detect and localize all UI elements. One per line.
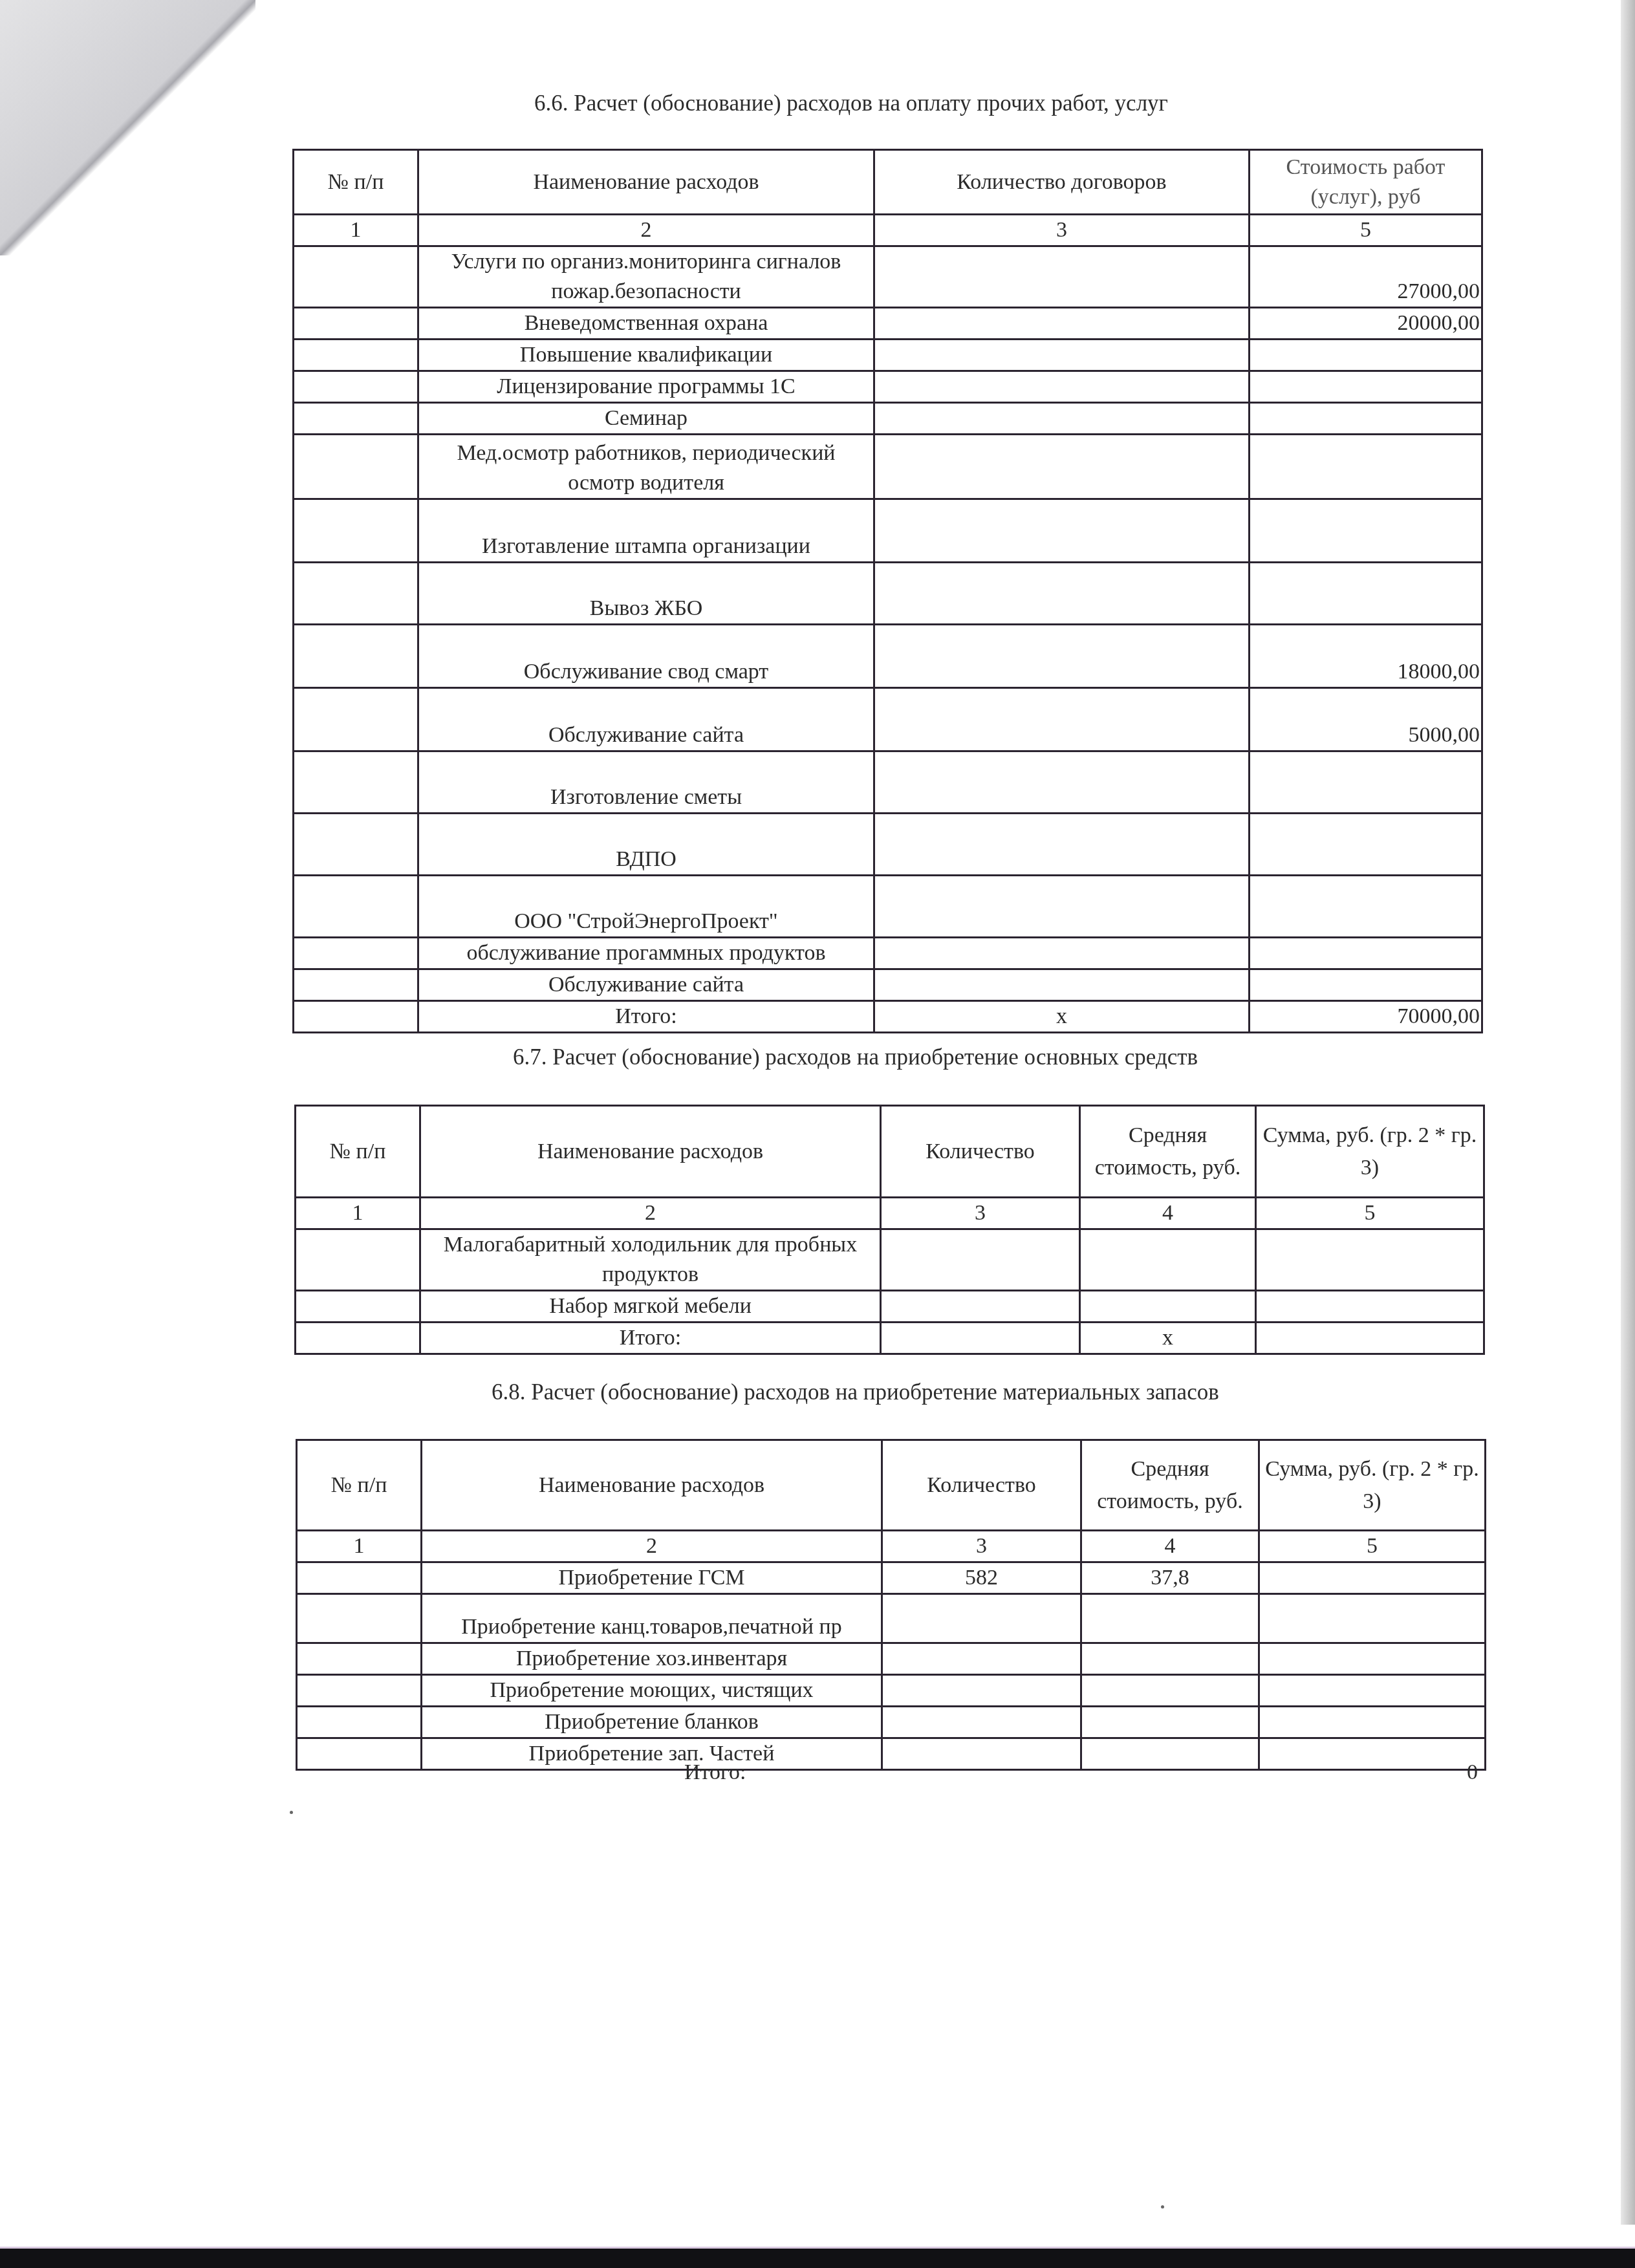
scan-right-edge (1621, 0, 1635, 2225)
row-sum (1256, 1229, 1484, 1291)
table-row: Обслуживание сайта (294, 969, 1482, 1001)
row-avg-cost: 37,8 (1081, 1562, 1259, 1594)
col-num-5: 5 (1259, 1531, 1486, 1562)
table-row: Приобретение канц.товаров,печатной пр (297, 1594, 1486, 1643)
col-num-3: 3 (874, 215, 1250, 246)
section-6-6-title: 6.6. Расчет (обоснование) расходов на оп… (534, 91, 1168, 116)
row-quantity (882, 1738, 1081, 1770)
row-cost: 18000,00 (1250, 625, 1482, 688)
col-header-avg-cost: Средняя стоимость, руб. (1081, 1440, 1259, 1531)
row-avg-cost (1081, 1707, 1259, 1738)
table-row: Вывоз ЖБО (294, 563, 1482, 625)
row-expense-name: Набор мягкой мебели (420, 1291, 881, 1323)
col-header-name: Наименование расходов (420, 1106, 881, 1198)
row-expense-name: Лицензирование программы 1С (418, 371, 874, 403)
total-label: Итого: (418, 1001, 874, 1033)
scan-speck (290, 1811, 293, 1814)
table-header-row: № п/п Наименование расходов Количество С… (297, 1440, 1486, 1531)
total-number-cell (296, 1323, 420, 1354)
row-expense-name: Обслуживание свод смарт (418, 625, 874, 688)
table-header-row: № п/п Наименование расходов Количество д… (294, 150, 1482, 215)
row-expense-name: Повышение квалификации (418, 340, 874, 371)
row-expense-name: Изготавление штампа организации (418, 499, 874, 563)
table-row: Услуги по организ.мониторинга сигналов п… (294, 246, 1482, 308)
col-header-quantity: Количество (882, 1440, 1081, 1531)
table-row: ООО "СтройЭнергоПроект" (294, 876, 1482, 938)
row-contracts (874, 340, 1250, 371)
row-number (294, 688, 418, 751)
row-number (297, 1738, 422, 1770)
row-sum (1259, 1562, 1486, 1594)
col-header-avg-cost: Средняя стоимость, руб. (1080, 1106, 1256, 1198)
row-cost (1250, 876, 1482, 938)
row-avg-cost (1081, 1643, 1259, 1675)
row-cost (1250, 969, 1482, 1001)
row-number (294, 435, 418, 499)
row-expense-name: Приобретение канц.товаров,печатной пр (422, 1594, 882, 1643)
row-contracts (874, 751, 1250, 814)
table-row: Приобретение моющих, чистящих (297, 1675, 1486, 1707)
table-6-6-other-services: № п/п Наименование расходов Количество д… (292, 149, 1483, 1033)
column-number-row: 1 2 3 5 (294, 215, 1482, 246)
row-quantity: 582 (882, 1562, 1081, 1594)
row-contracts (874, 969, 1250, 1001)
table-row: Обслуживание свод смарт18000,00 (294, 625, 1482, 688)
row-expense-name: Приобретение хоз.инвентаря (422, 1643, 882, 1675)
col-num-3: 3 (882, 1531, 1081, 1562)
col-header-sum: Сумма, руб. (гр. 2 * гр. 3) (1259, 1440, 1486, 1531)
row-number (294, 371, 418, 403)
row-sum (1259, 1738, 1486, 1770)
row-number (294, 403, 418, 435)
row-contracts (874, 814, 1250, 876)
total-sum (1256, 1323, 1484, 1354)
column-number-row: 1 2 3 4 5 (296, 1198, 1484, 1229)
row-cost (1250, 938, 1482, 969)
row-contracts (874, 371, 1250, 403)
folded-page-corner (0, 0, 255, 255)
col-num-5: 5 (1250, 215, 1482, 246)
col-header-name: Наименование расходов (422, 1440, 882, 1531)
table-row: Приобретение зап. Частей (297, 1738, 1486, 1770)
section-6-7-title: 6.7. Расчет (обоснование) расходов на пр… (513, 1044, 1198, 1070)
row-number (296, 1229, 420, 1291)
row-avg-cost (1081, 1594, 1259, 1643)
table-6-8-material-stocks: № п/п Наименование расходов Количество С… (296, 1439, 1486, 1771)
row-number (294, 246, 418, 308)
row-number (294, 751, 418, 814)
table-total-row: Итого: х 70000,00 (294, 1001, 1482, 1033)
row-cost (1250, 563, 1482, 625)
table-row: Семинар (294, 403, 1482, 435)
row-contracts (874, 625, 1250, 688)
table-row: Приобретение бланков (297, 1707, 1486, 1738)
row-contracts (874, 435, 1250, 499)
row-avg-cost (1080, 1291, 1256, 1323)
col-num-1: 1 (296, 1198, 420, 1229)
scan-speck (1161, 2205, 1164, 2209)
row-cost: 27000,00 (1250, 246, 1482, 308)
total-avg-cost: х (1080, 1323, 1256, 1354)
col-num-3: 3 (881, 1198, 1080, 1229)
row-contracts (874, 688, 1250, 751)
table-row: Набор мягкой мебели (296, 1291, 1484, 1323)
row-expense-name: Приобретение бланков (422, 1707, 882, 1738)
row-contracts (874, 499, 1250, 563)
table-total-row: Итого: х (296, 1323, 1484, 1354)
row-sum (1259, 1594, 1486, 1643)
row-sum (1259, 1643, 1486, 1675)
col-header-cost: Стоимость работ (услуг), руб (1250, 150, 1482, 215)
row-quantity (882, 1707, 1081, 1738)
row-number (297, 1594, 422, 1643)
row-expense-name: Изготовление сметы (418, 751, 874, 814)
row-quantity (881, 1229, 1080, 1291)
row-number (297, 1643, 422, 1675)
row-avg-cost (1081, 1675, 1259, 1707)
row-quantity (881, 1291, 1080, 1323)
row-expense-name: Обслуживание сайта (418, 688, 874, 751)
row-quantity (882, 1594, 1081, 1643)
row-number (294, 625, 418, 688)
row-sum (1259, 1707, 1486, 1738)
col-header-number: № п/п (297, 1440, 422, 1531)
row-avg-cost (1080, 1229, 1256, 1291)
col-num-2: 2 (420, 1198, 881, 1229)
row-expense-name: ООО "СтройЭнергоПроект" (418, 876, 874, 938)
col-num-5: 5 (1256, 1198, 1484, 1229)
table-row: Приобретение хоз.инвентаря (297, 1643, 1486, 1675)
row-number (294, 814, 418, 876)
col-header-number: № п/п (294, 150, 418, 215)
row-expense-name: Обслуживание сайта (418, 969, 874, 1001)
table-row: Мед.осмотр работников, периодический осм… (294, 435, 1482, 499)
row-cost: 5000,00 (1250, 688, 1482, 751)
row-contracts (874, 403, 1250, 435)
column-number-row: 1 2 3 4 5 (297, 1531, 1486, 1562)
row-expense-name: обслуживание прогаммных продуктов (418, 938, 874, 969)
row-cost (1250, 340, 1482, 371)
col-num-1: 1 (297, 1531, 422, 1562)
col-header-name: Наименование расходов (418, 150, 874, 215)
row-contracts (874, 876, 1250, 938)
row-sum (1259, 1675, 1486, 1707)
row-number (294, 969, 418, 1001)
row-expense-name: Приобретение ГСМ (422, 1562, 882, 1594)
total-label: Итого: (420, 1323, 881, 1354)
row-number (294, 340, 418, 371)
row-expense-name: Приобретение моющих, чистящих (422, 1675, 882, 1707)
table-row: ВДПО (294, 814, 1482, 876)
row-quantity (882, 1675, 1081, 1707)
table-row: Лицензирование программы 1С (294, 371, 1482, 403)
col-num-1: 1 (294, 215, 418, 246)
table-row: Изготавление штампа организации (294, 499, 1482, 563)
row-expense-name: Вывоз ЖБО (418, 563, 874, 625)
row-contracts (874, 246, 1250, 308)
row-number (296, 1291, 420, 1323)
table-row: Малогабаритный холодильник для пробных п… (296, 1229, 1484, 1291)
section-6-8-total-label: Итого: (684, 1760, 746, 1785)
col-num-2: 2 (418, 215, 874, 246)
row-number (297, 1675, 422, 1707)
row-cost: 20000,00 (1250, 308, 1482, 340)
total-contracts: х (874, 1001, 1250, 1033)
row-cost (1250, 371, 1482, 403)
row-quantity (882, 1643, 1081, 1675)
col-num-4: 4 (1081, 1531, 1259, 1562)
scanner-bottom-edge (0, 2247, 1635, 2268)
row-contracts (874, 308, 1250, 340)
row-contracts (874, 938, 1250, 969)
row-expense-name: Малогабаритный холодильник для пробных п… (420, 1229, 881, 1291)
col-num-4: 4 (1080, 1198, 1256, 1229)
row-cost (1250, 814, 1482, 876)
row-number (297, 1562, 422, 1594)
row-number (294, 563, 418, 625)
total-cost: 70000,00 (1250, 1001, 1482, 1033)
table-row: Повышение квалификации (294, 340, 1482, 371)
table-row: Приобретение ГСМ58237,8 (297, 1562, 1486, 1594)
row-number (294, 876, 418, 938)
row-expense-name: Услуги по организ.мониторинга сигналов п… (418, 246, 874, 308)
row-number (294, 308, 418, 340)
table-row: обслуживание прогаммных продуктов (294, 938, 1482, 969)
col-header-contracts: Количество договоров (874, 150, 1250, 215)
col-header-sum: Сумма, руб. (гр. 2 * гр. 3) (1256, 1106, 1484, 1198)
col-num-2: 2 (422, 1531, 882, 1562)
row-cost (1250, 499, 1482, 563)
table-row: Обслуживание сайта5000,00 (294, 688, 1482, 751)
row-avg-cost (1081, 1738, 1259, 1770)
row-sum (1256, 1291, 1484, 1323)
col-header-quantity: Количество (881, 1106, 1080, 1198)
total-number-cell (294, 1001, 418, 1033)
row-cost (1250, 403, 1482, 435)
row-cost (1250, 751, 1482, 814)
col-header-number: № п/п (296, 1106, 420, 1198)
row-expense-name: ВДПО (418, 814, 874, 876)
table-6-7-fixed-assets: № п/п Наименование расходов Количество С… (294, 1105, 1485, 1355)
row-expense-name: Вневедомственная охрана (418, 308, 874, 340)
table-row: Изготовление сметы (294, 751, 1482, 814)
row-expense-name: Приобретение зап. Частей (422, 1738, 882, 1770)
total-quantity (881, 1323, 1080, 1354)
table-row: Вневедомственная охрана20000,00 (294, 308, 1482, 340)
row-expense-name: Семинар (418, 403, 874, 435)
row-number (297, 1707, 422, 1738)
row-expense-name: Мед.осмотр работников, периодический осм… (418, 435, 874, 499)
row-number (294, 938, 418, 969)
section-6-8-total-sum: 0 (1467, 1760, 1478, 1785)
section-6-8-title: 6.8. Расчет (обоснование) расходов на пр… (492, 1379, 1219, 1405)
table-header-row: № п/п Наименование расходов Количество С… (296, 1106, 1484, 1198)
row-contracts (874, 563, 1250, 625)
row-number (294, 499, 418, 563)
row-cost (1250, 435, 1482, 499)
